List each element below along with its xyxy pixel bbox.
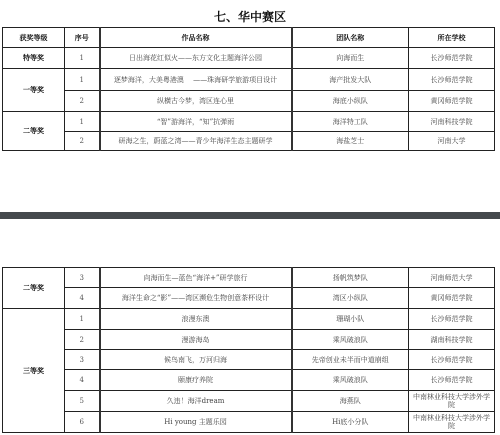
school-cell: 中南林业科技大学涉外学院: [409, 391, 495, 412]
table-row: 二等奖 3 向海而生—蓝色“海洋+”研学旅行 扬帆筑梦队 河南师范大学: [3, 268, 495, 288]
team-cell: Hi底小分队: [292, 412, 409, 433]
awards-table-top: 获奖等级 序号 作品名称 团队名称 所在学校 特等奖 1 日出海花红似火——东方…: [2, 27, 495, 151]
table-row: 6 Hi young 主题乐园 Hi底小分队 中南林业科技大学涉外学院: [3, 412, 495, 433]
table-row: 二等奖 1 “智”游海洋，“知”抗弹雨 海洋特工队 河南科技学院: [3, 112, 495, 132]
grade-cell: 特等奖: [3, 48, 65, 69]
index-cell: 3: [65, 350, 100, 370]
team-cell: 珊瑚小队: [292, 309, 409, 330]
work-cell: 纵横古今梦，湾区连心里: [100, 91, 292, 112]
work-cell: Hi young 主题乐园: [100, 412, 292, 433]
school-cell: 湖南科技学院: [409, 330, 495, 350]
school-cell: 中南林业科技大学涉外学院: [409, 412, 495, 433]
index-cell: 2: [65, 91, 100, 112]
team-cell: 海产批发大队: [292, 69, 409, 91]
index-cell: 4: [65, 288, 100, 309]
school-cell: 长沙师范学院: [409, 309, 495, 330]
table-row: 一等奖 1 逐梦海洋，大美粤港澳 ——珠海研学旅游项目设计 海产批发大队 长沙师…: [3, 69, 495, 91]
header-index: 序号: [65, 28, 100, 48]
index-cell: 2: [65, 330, 100, 350]
team-cell: 海洋特工队: [292, 112, 409, 132]
table-row: 2 漫游海岛 乘风破浪队 湖南科技学院: [3, 330, 495, 350]
index-cell: 1: [65, 69, 100, 91]
team-cell: 扬帆筑梦队: [292, 268, 409, 288]
table-header-row: 获奖等级 序号 作品名称 团队名称 所在学校: [3, 28, 495, 48]
team-cell: 海底小纵队: [292, 91, 409, 112]
work-cell: 候鸟南飞，万河归海: [100, 350, 292, 370]
work-cell: 向海而生—蓝色“海洋+”研学旅行: [100, 268, 292, 288]
team-cell: 海燕队: [292, 391, 409, 412]
grade-cell: 一等奖: [3, 69, 65, 112]
work-cell: 漫游海岛: [100, 330, 292, 350]
table-row: 特等奖 1 日出海花红似火——东方文化主题海洋公园 向海而生 长沙师范学院: [3, 48, 495, 69]
team-cell: 乘风破浪队: [292, 370, 409, 391]
index-cell: 1: [65, 48, 100, 69]
school-cell: 河南大学: [409, 132, 495, 151]
team-cell: 湾区小纵队: [292, 288, 409, 309]
index-cell: 1: [65, 112, 100, 132]
header-work: 作品名称: [100, 28, 292, 48]
work-cell: 颐康疗养院: [100, 370, 292, 391]
awards-table-bottom: 二等奖 3 向海而生—蓝色“海洋+”研学旅行 扬帆筑梦队 河南师范大学 4 海洋…: [2, 267, 495, 433]
team-cell: 先帝创业未半而中道崩组: [292, 350, 409, 370]
page-separator: [0, 212, 500, 219]
index-cell: 4: [65, 370, 100, 391]
work-cell: 浪漫东澳: [100, 309, 292, 330]
team-cell: 向海而生: [292, 48, 409, 69]
table-row: 4 颐康疗养院 乘风破浪队 长沙师范学院: [3, 370, 495, 391]
school-cell: 长沙师范学院: [409, 370, 495, 391]
work-cell: 久违！海洋dream: [100, 391, 292, 412]
school-cell: 河南师范大学: [409, 268, 495, 288]
table-row: 2 纵横古今梦，湾区连心里 海底小纵队 黄冈师范学院: [3, 91, 495, 112]
index-cell: 2: [65, 132, 100, 151]
table-row: 4 海洋生命之“影”——湾区濒危生物创意茶杯设计 湾区小纵队 黄冈师范学院: [3, 288, 495, 309]
work-cell: 逐梦海洋，大美粤港澳 ——珠海研学旅游项目设计: [100, 69, 292, 91]
table-row: 2 研海之生，蔚蓝之湾——青少年海洋生态主题研学 海盐芝士 河南大学: [3, 132, 495, 151]
table-row: 5 久违！海洋dream 海燕队 中南林业科技大学涉外学院: [3, 391, 495, 412]
section-title: 七、华中赛区: [0, 8, 500, 25]
school-cell: 长沙师范学院: [409, 48, 495, 69]
grade-cell: 二等奖: [3, 268, 65, 309]
index-cell: 6: [65, 412, 100, 433]
header-grade: 获奖等级: [3, 28, 65, 48]
school-cell: 长沙师范学院: [409, 350, 495, 370]
school-cell: 长沙师范学院: [409, 69, 495, 91]
school-cell: 黄冈师范学院: [409, 288, 495, 309]
grade-cell: 三等奖: [3, 309, 65, 433]
team-cell: 乘风破浪队: [292, 330, 409, 350]
work-cell: “智”游海洋，“知”抗弹雨: [100, 112, 292, 132]
school-cell: 黄冈师范学院: [409, 91, 495, 112]
table-row: 3 候鸟南飞，万河归海 先帝创业未半而中道崩组 长沙师范学院: [3, 350, 495, 370]
work-cell: 海洋生命之“影”——湾区濒危生物创意茶杯设计: [100, 288, 292, 309]
work-cell: 研海之生，蔚蓝之湾——青少年海洋生态主题研学: [100, 132, 292, 151]
header-team: 团队名称: [292, 28, 409, 48]
index-cell: 1: [65, 309, 100, 330]
table-row: 三等奖 1 浪漫东澳 珊瑚小队 长沙师范学院: [3, 309, 495, 330]
index-cell: 3: [65, 268, 100, 288]
header-school: 所在学校: [409, 28, 495, 48]
team-cell: 海盐芝士: [292, 132, 409, 151]
index-cell: 5: [65, 391, 100, 412]
work-cell: 日出海花红似火——东方文化主题海洋公园: [100, 48, 292, 69]
school-cell: 河南科技学院: [409, 112, 495, 132]
grade-cell: 二等奖: [3, 112, 65, 151]
